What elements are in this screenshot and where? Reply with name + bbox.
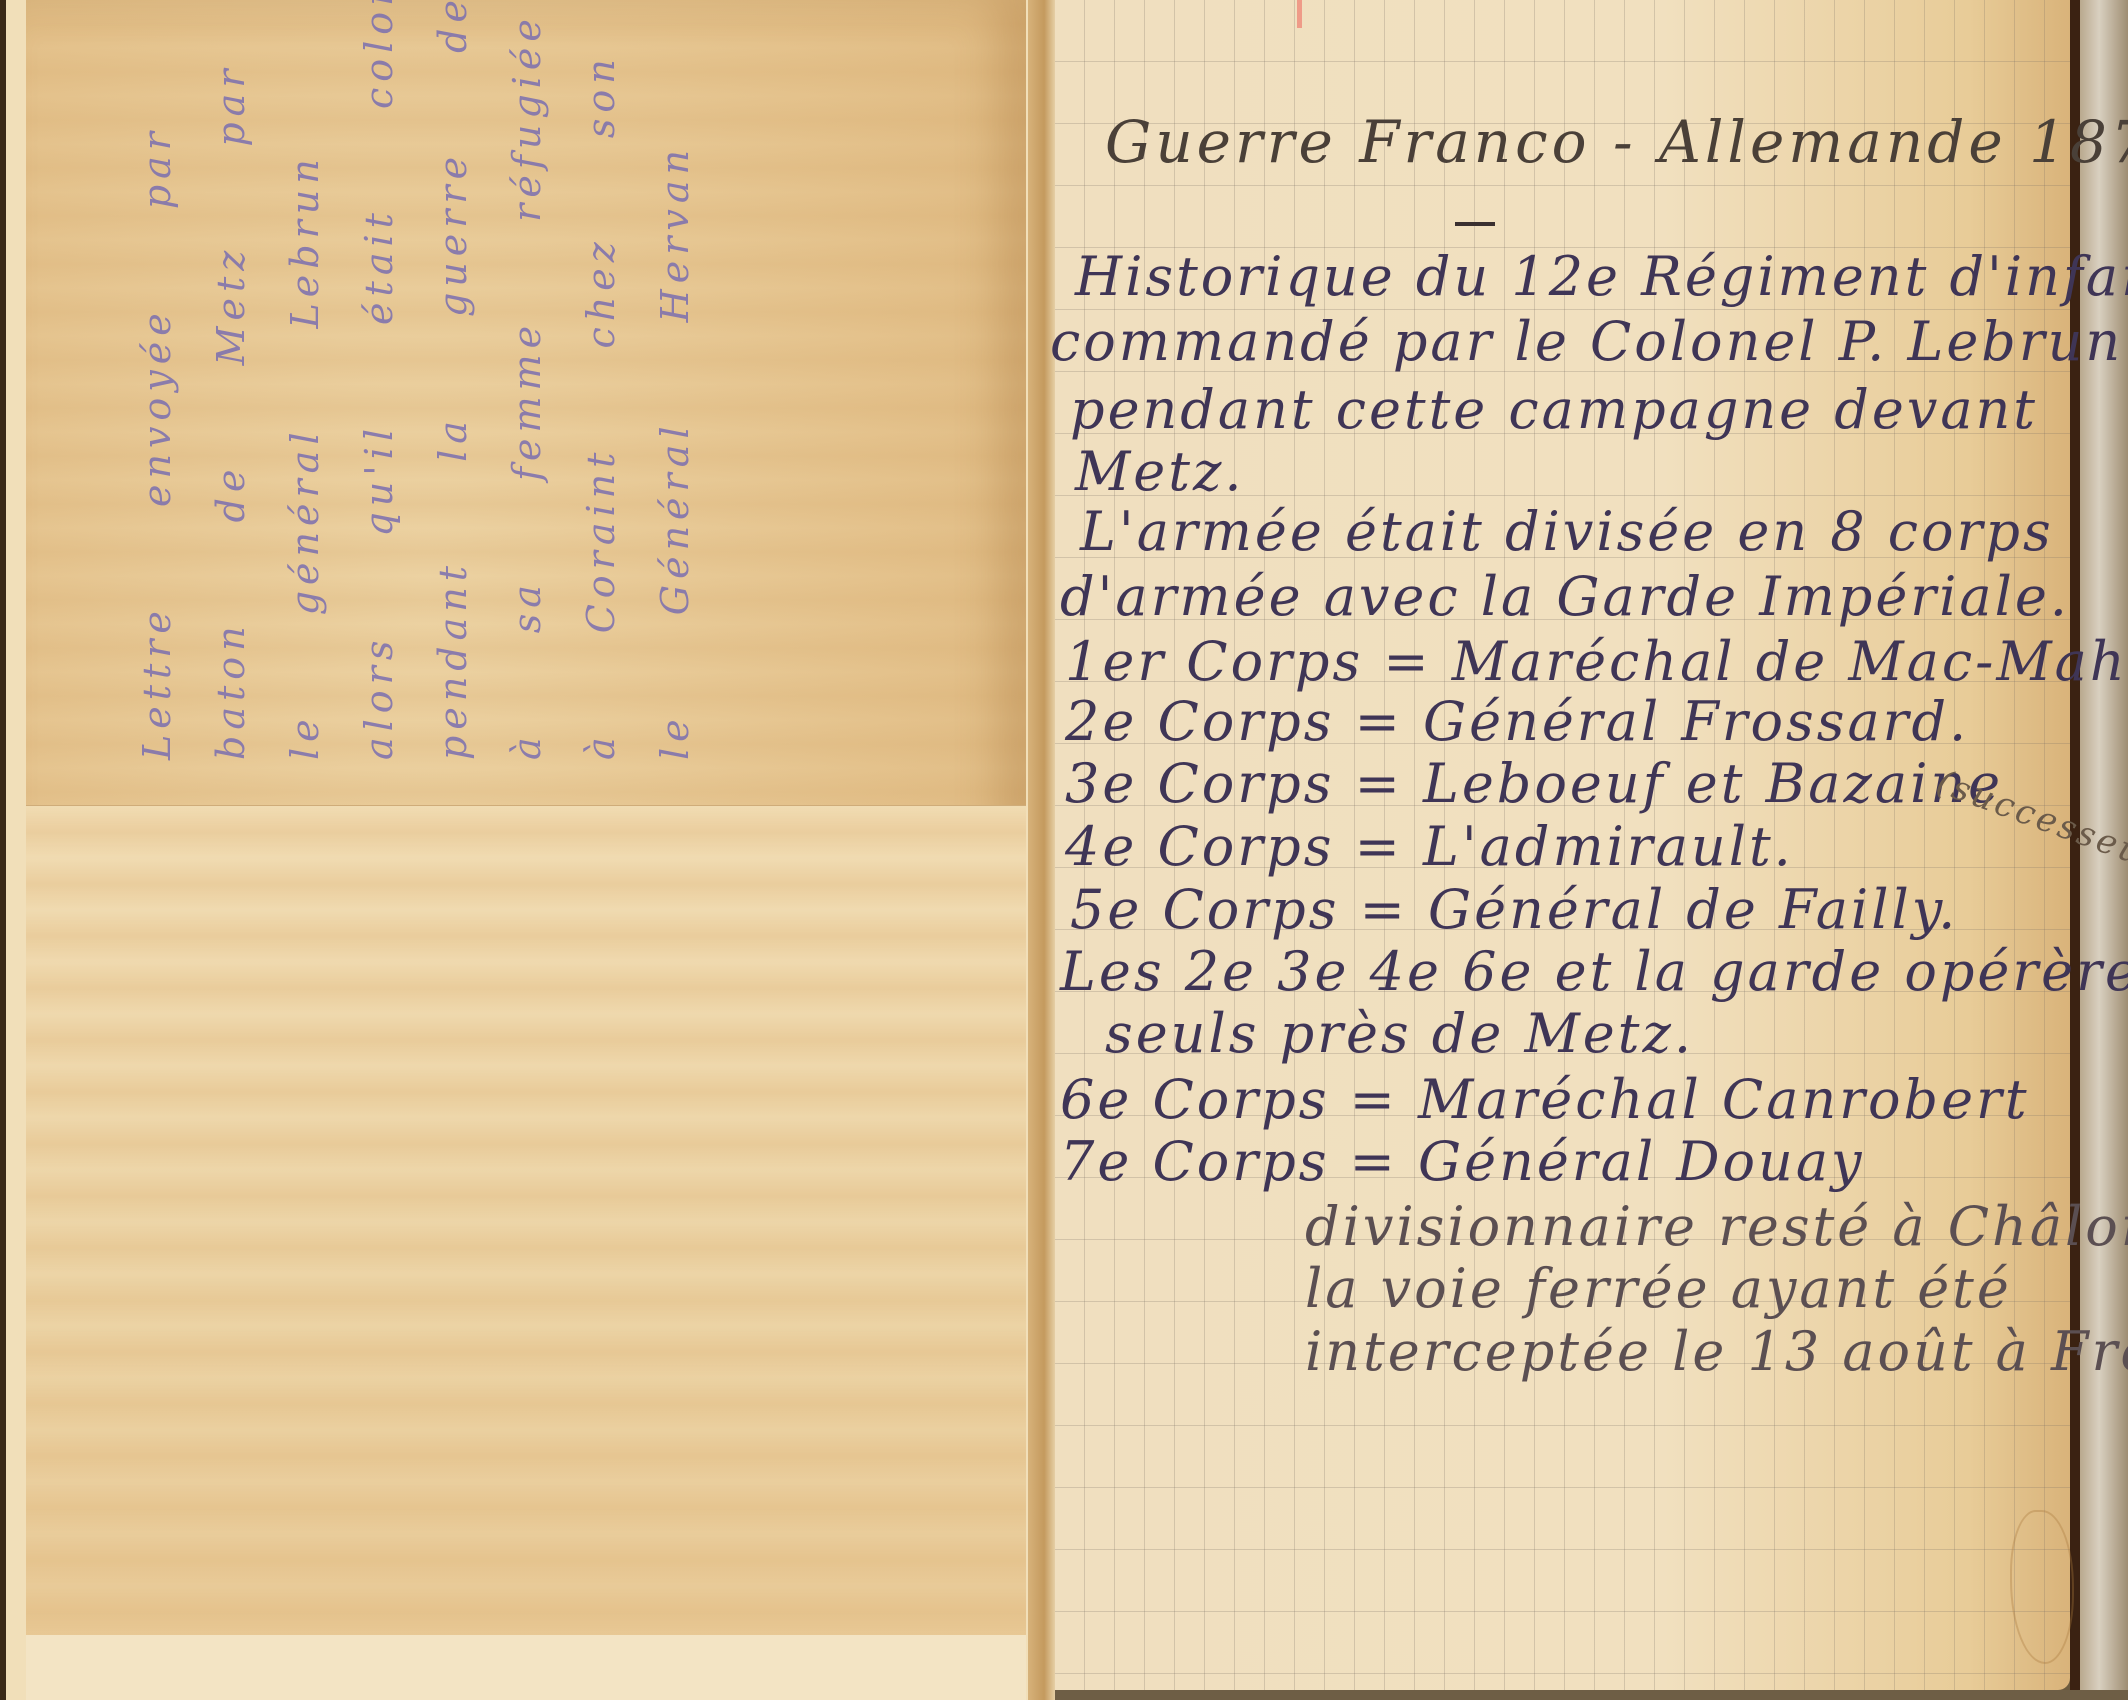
note-line: le général Lebrun: [268, 20, 342, 760]
text-line: Metz.: [1075, 440, 1245, 503]
text-line: 6e Corps = Maréchal Canrobert: [1060, 1068, 2030, 1131]
text-line: d'armée avec la Garde Impériale.: [1060, 565, 2070, 628]
left-page-bottom-margin: [26, 1635, 1026, 1700]
note-line: alors qu'il était colonel: [342, 20, 416, 760]
red-ink-mark: [1297, 0, 1302, 28]
text-line: 7e Corps = Général Douay: [1060, 1130, 1865, 1193]
note-line: baton de Metz par: [194, 20, 268, 760]
note-line: pendant la guerre de 1870: [416, 20, 490, 760]
text-line: L'armée était divisée en 8 corps: [1080, 500, 2054, 563]
title-underline: [1455, 222, 1495, 226]
text-line: Les 2e 3e 4e 6e et la garde opérèrent: [1060, 940, 2128, 1003]
note-line: le Général Hervan: [638, 20, 712, 760]
note-line: à Coraint chez son Soeur: [564, 20, 638, 760]
text-line: pendant cette campagne devant: [1070, 378, 2038, 441]
text-line: 3e Corps = Leboeuf et Bazaine: [1065, 752, 2003, 815]
text-line: commandé par le Colonel P. Lebrun: [1050, 310, 2123, 373]
text-line: 4e Corps = L'admirault.: [1065, 815, 1794, 878]
notebook-spread: Lettre envoyée par baton de Metz par le …: [0, 0, 2128, 1700]
left-cover-edge: [0, 0, 6, 1700]
left-page-rotated-note: Lettre envoyée par baton de Metz par le …: [120, 20, 780, 760]
text-line: la voie ferrée ayant été: [1305, 1257, 2012, 1320]
note-line: Lettre envoyée par: [120, 20, 194, 760]
text-line: seuls près de Metz.: [1105, 1002, 1694, 1065]
text-line: Historique du 12e Régiment d'infanterie: [1075, 245, 2128, 308]
text-line: 2e Corps = Général Frossard.: [1065, 690, 1969, 753]
right-cover-bottom: [1055, 1690, 2128, 1700]
text-line: 1er Corps = Maréchal de Mac-Mahon: [1065, 630, 2128, 693]
page-title: Guerre Franco - Allemande 1870-71: [1105, 108, 2128, 176]
text-line: interceptée le 13 août à Frouard: [1305, 1320, 2128, 1383]
gutter-fold: [1028, 0, 1055, 1700]
left-page-lower-sheet: [26, 805, 1026, 1636]
note-line: à sa femme réfugiée: [490, 20, 564, 760]
text-line: divisionnaire resté à Châlons: [1305, 1195, 2128, 1258]
text-line: 5e Corps = Général de Failly.: [1070, 878, 1958, 941]
